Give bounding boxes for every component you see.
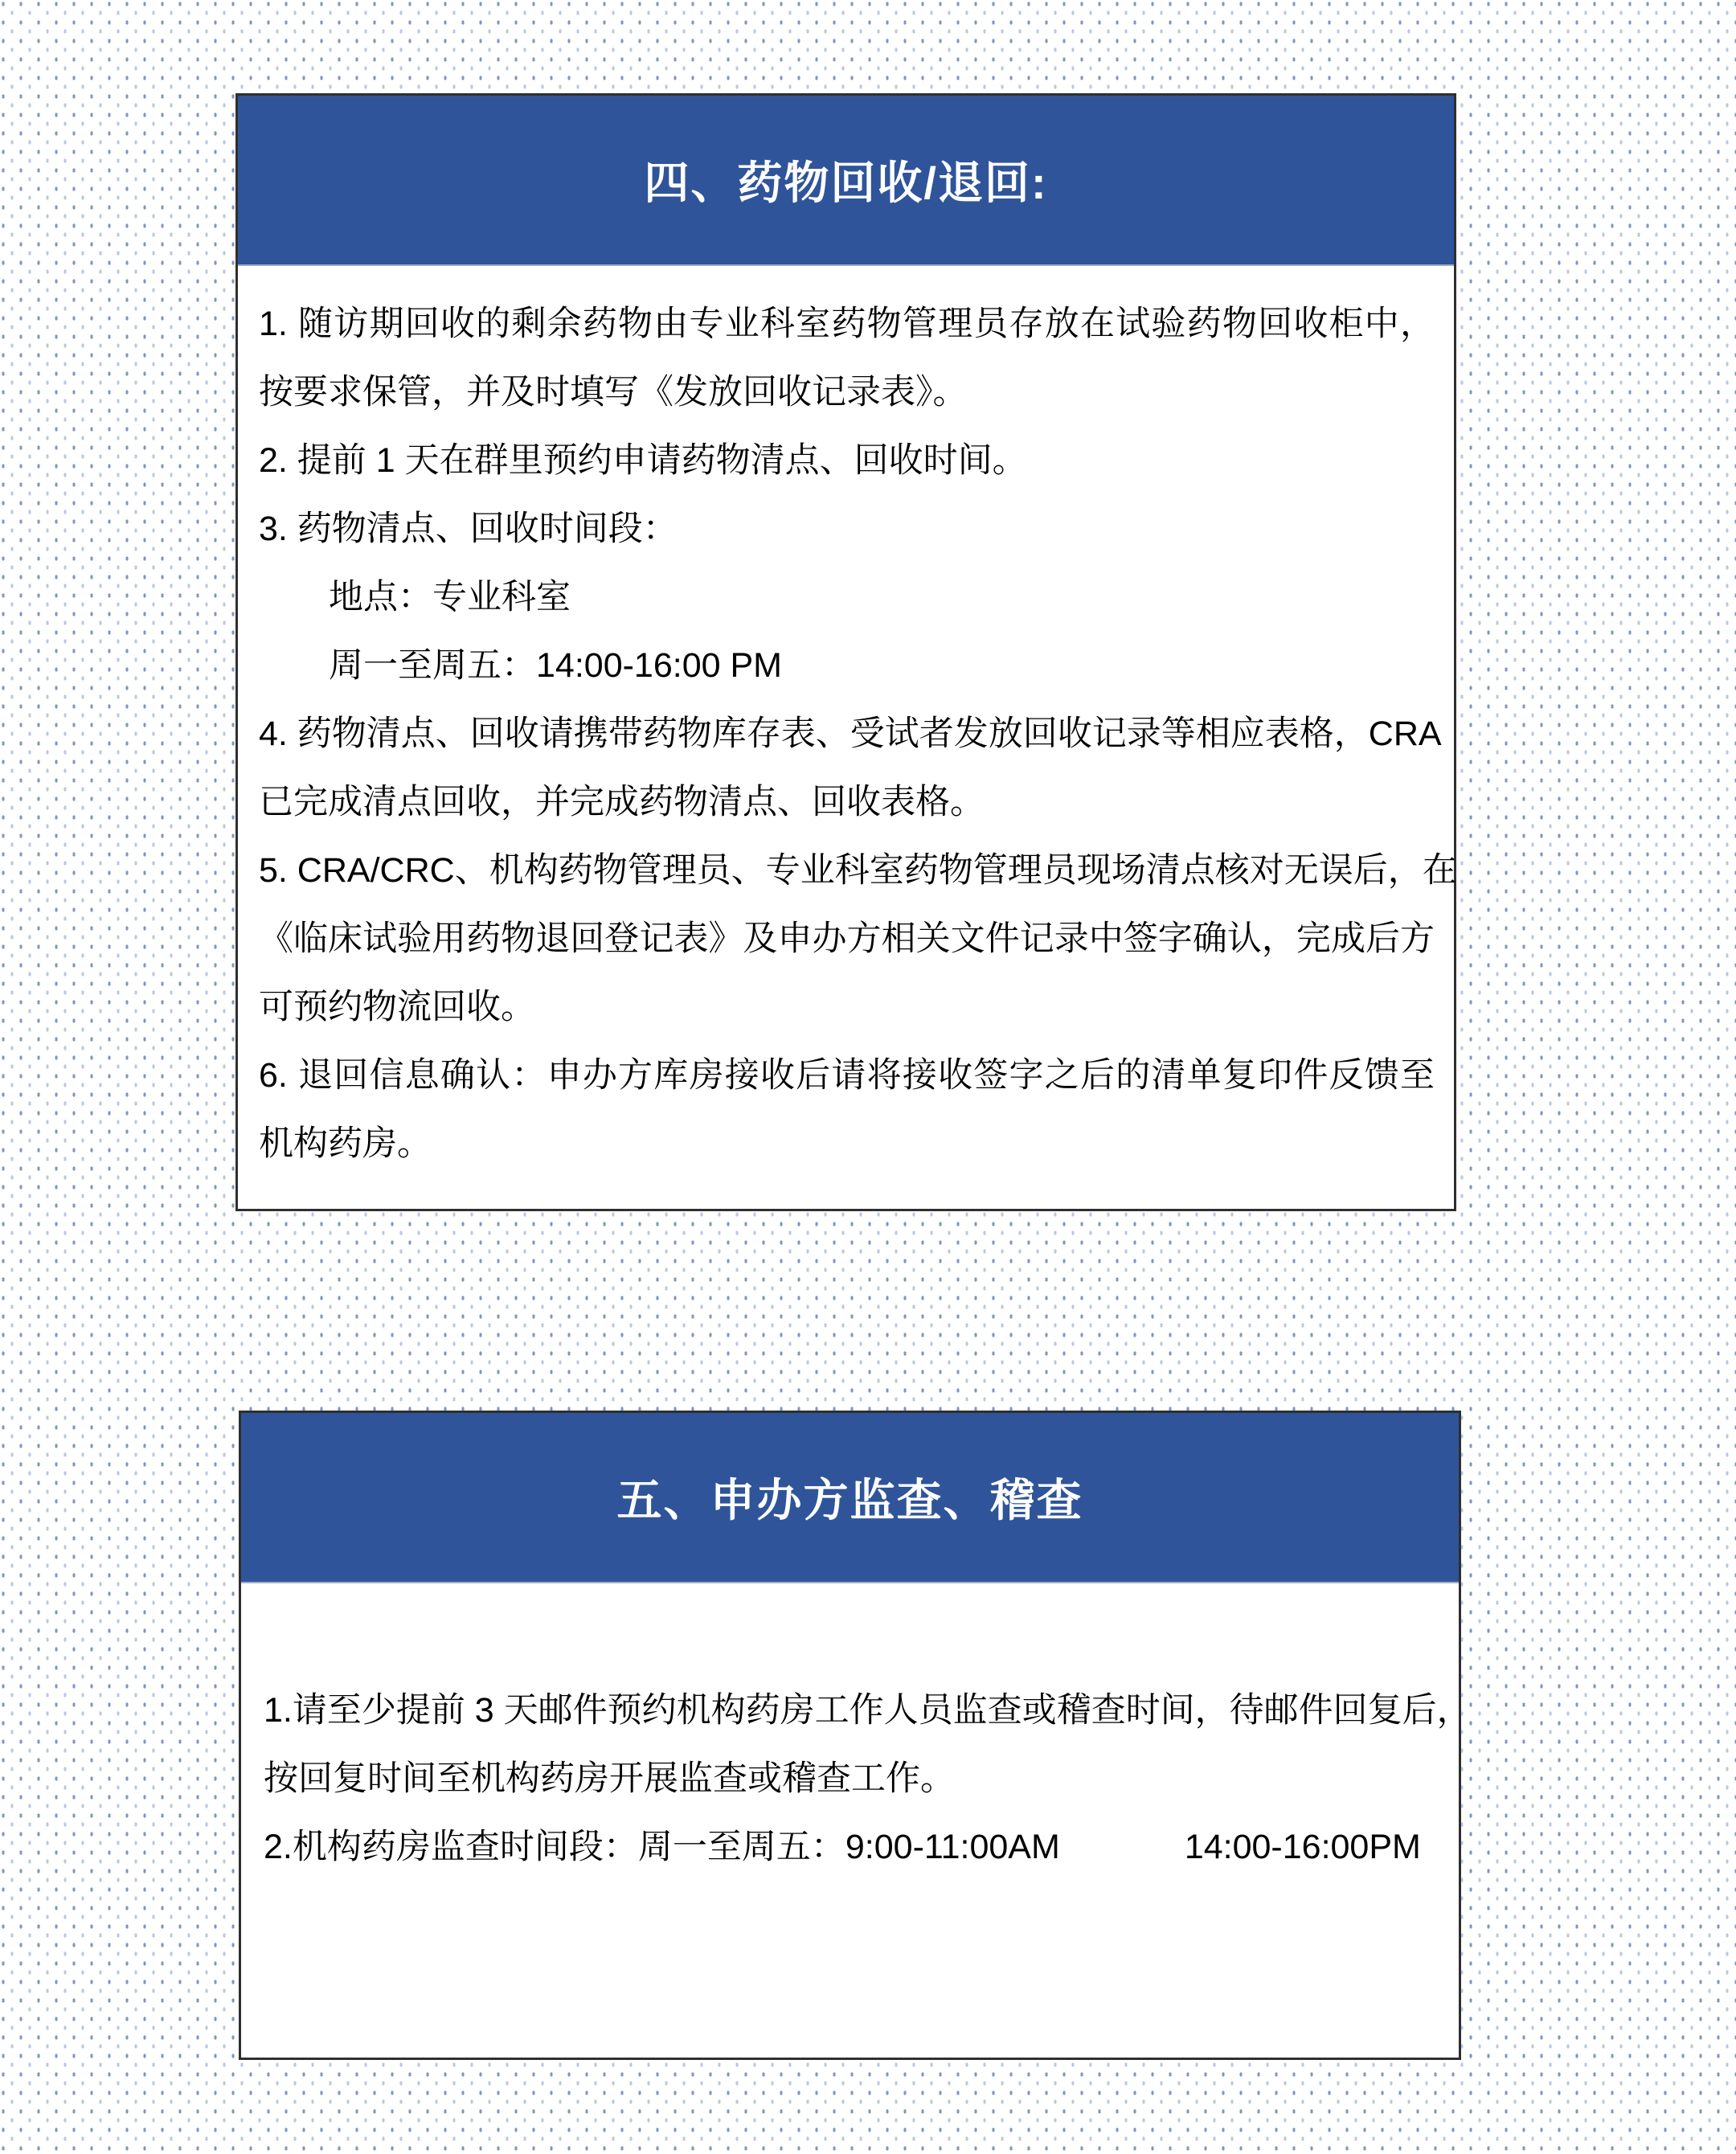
text-line: 已完成清点回收，并完成药物清点、回收表格。 (259, 768, 1435, 837)
text-line: 6. 退回信息确认：申办方库房接收后请将接收签字之后的清单复印件反馈至 (259, 1042, 1435, 1110)
section-title-sponsor-audit: 五、申办方监查、稽查 (617, 1465, 1083, 1530)
text-line: 按回复时间至机构药房开展监查或稽查工作。 (264, 1745, 1439, 1813)
text-line: 3. 药物清点、回收时间段： (259, 495, 1435, 563)
section-card-drug-return: 四、药物回收/退回: 1. 随访期回收的剩余药物由专业科室药物管理员存放在试验药… (235, 93, 1456, 1211)
text-line: 1. 随访期回收的剩余药物由专业科室药物管理员存放在试验药物回收柜中， (259, 290, 1435, 358)
text-line-hours: 周一至周五：14:00-16:00 PM (259, 632, 1435, 700)
text-line: 5. CRA/CRC、机构药物管理员、专业科室药物管理员现场清点核对无误后，在 (259, 837, 1435, 905)
schedule-label: 2.机构药房监查时间段：周一至周五： (264, 1828, 845, 1866)
section-title-drug-return: 四、药物回收/退回: (644, 148, 1047, 212)
schedule-line: 2.机构药房监查时间段：周一至周五：9:00-11:00AM14:00-16:0… (264, 1813, 1439, 1882)
text-line: 机构药房。 (259, 1110, 1435, 1178)
text-line: 《临床试验用药物退回登记表》及申办方相关文件记录中签字确认，完成后方 (259, 905, 1435, 973)
text-line: 1.请至少提前 3 天邮件预约机构药房工作人员监查或稽查时间，待邮件回复后， (264, 1677, 1439, 1745)
text-line: 按要求保管，并及时填写《发放回收记录表》。 (259, 358, 1435, 427)
schedule-time-pm: 14:00-16:00PM (1185, 1828, 1421, 1866)
document-canvas: { "page": { "background_color": "#ffffff… (0, 0, 1736, 2154)
text-line: 可预约物流回收。 (259, 973, 1435, 1042)
text-line: 2. 提前 1 天在群里预约申请药物清点、回收时间。 (259, 427, 1435, 495)
section-header-drug-return: 四、药物回收/退回: (238, 96, 1454, 266)
section-card-sponsor-audit: 五、申办方监查、稽查 1.请至少提前 3 天邮件预约机构药房工作人员监查或稽查时… (239, 1411, 1461, 2060)
section-header-sponsor-audit: 五、申办方监查、稽查 (241, 1413, 1459, 1583)
text-line-location: 地点：专业科室 (259, 563, 1435, 632)
schedule-time-am: 9:00-11:00AM (845, 1828, 1060, 1866)
section-body-drug-return: 1. 随访期回收的剩余药物由专业科室药物管理员存放在试验药物回收柜中， 按要求保… (238, 266, 1454, 1178)
section-body-sponsor-audit: 1.请至少提前 3 天邮件预约机构药房工作人员监查或稽查时间，待邮件回复后， 按… (241, 1583, 1459, 1882)
text-line: 4. 药物清点、回收请携带药物库存表、受试者发放回收记录等相应表格，CRA (259, 700, 1435, 768)
